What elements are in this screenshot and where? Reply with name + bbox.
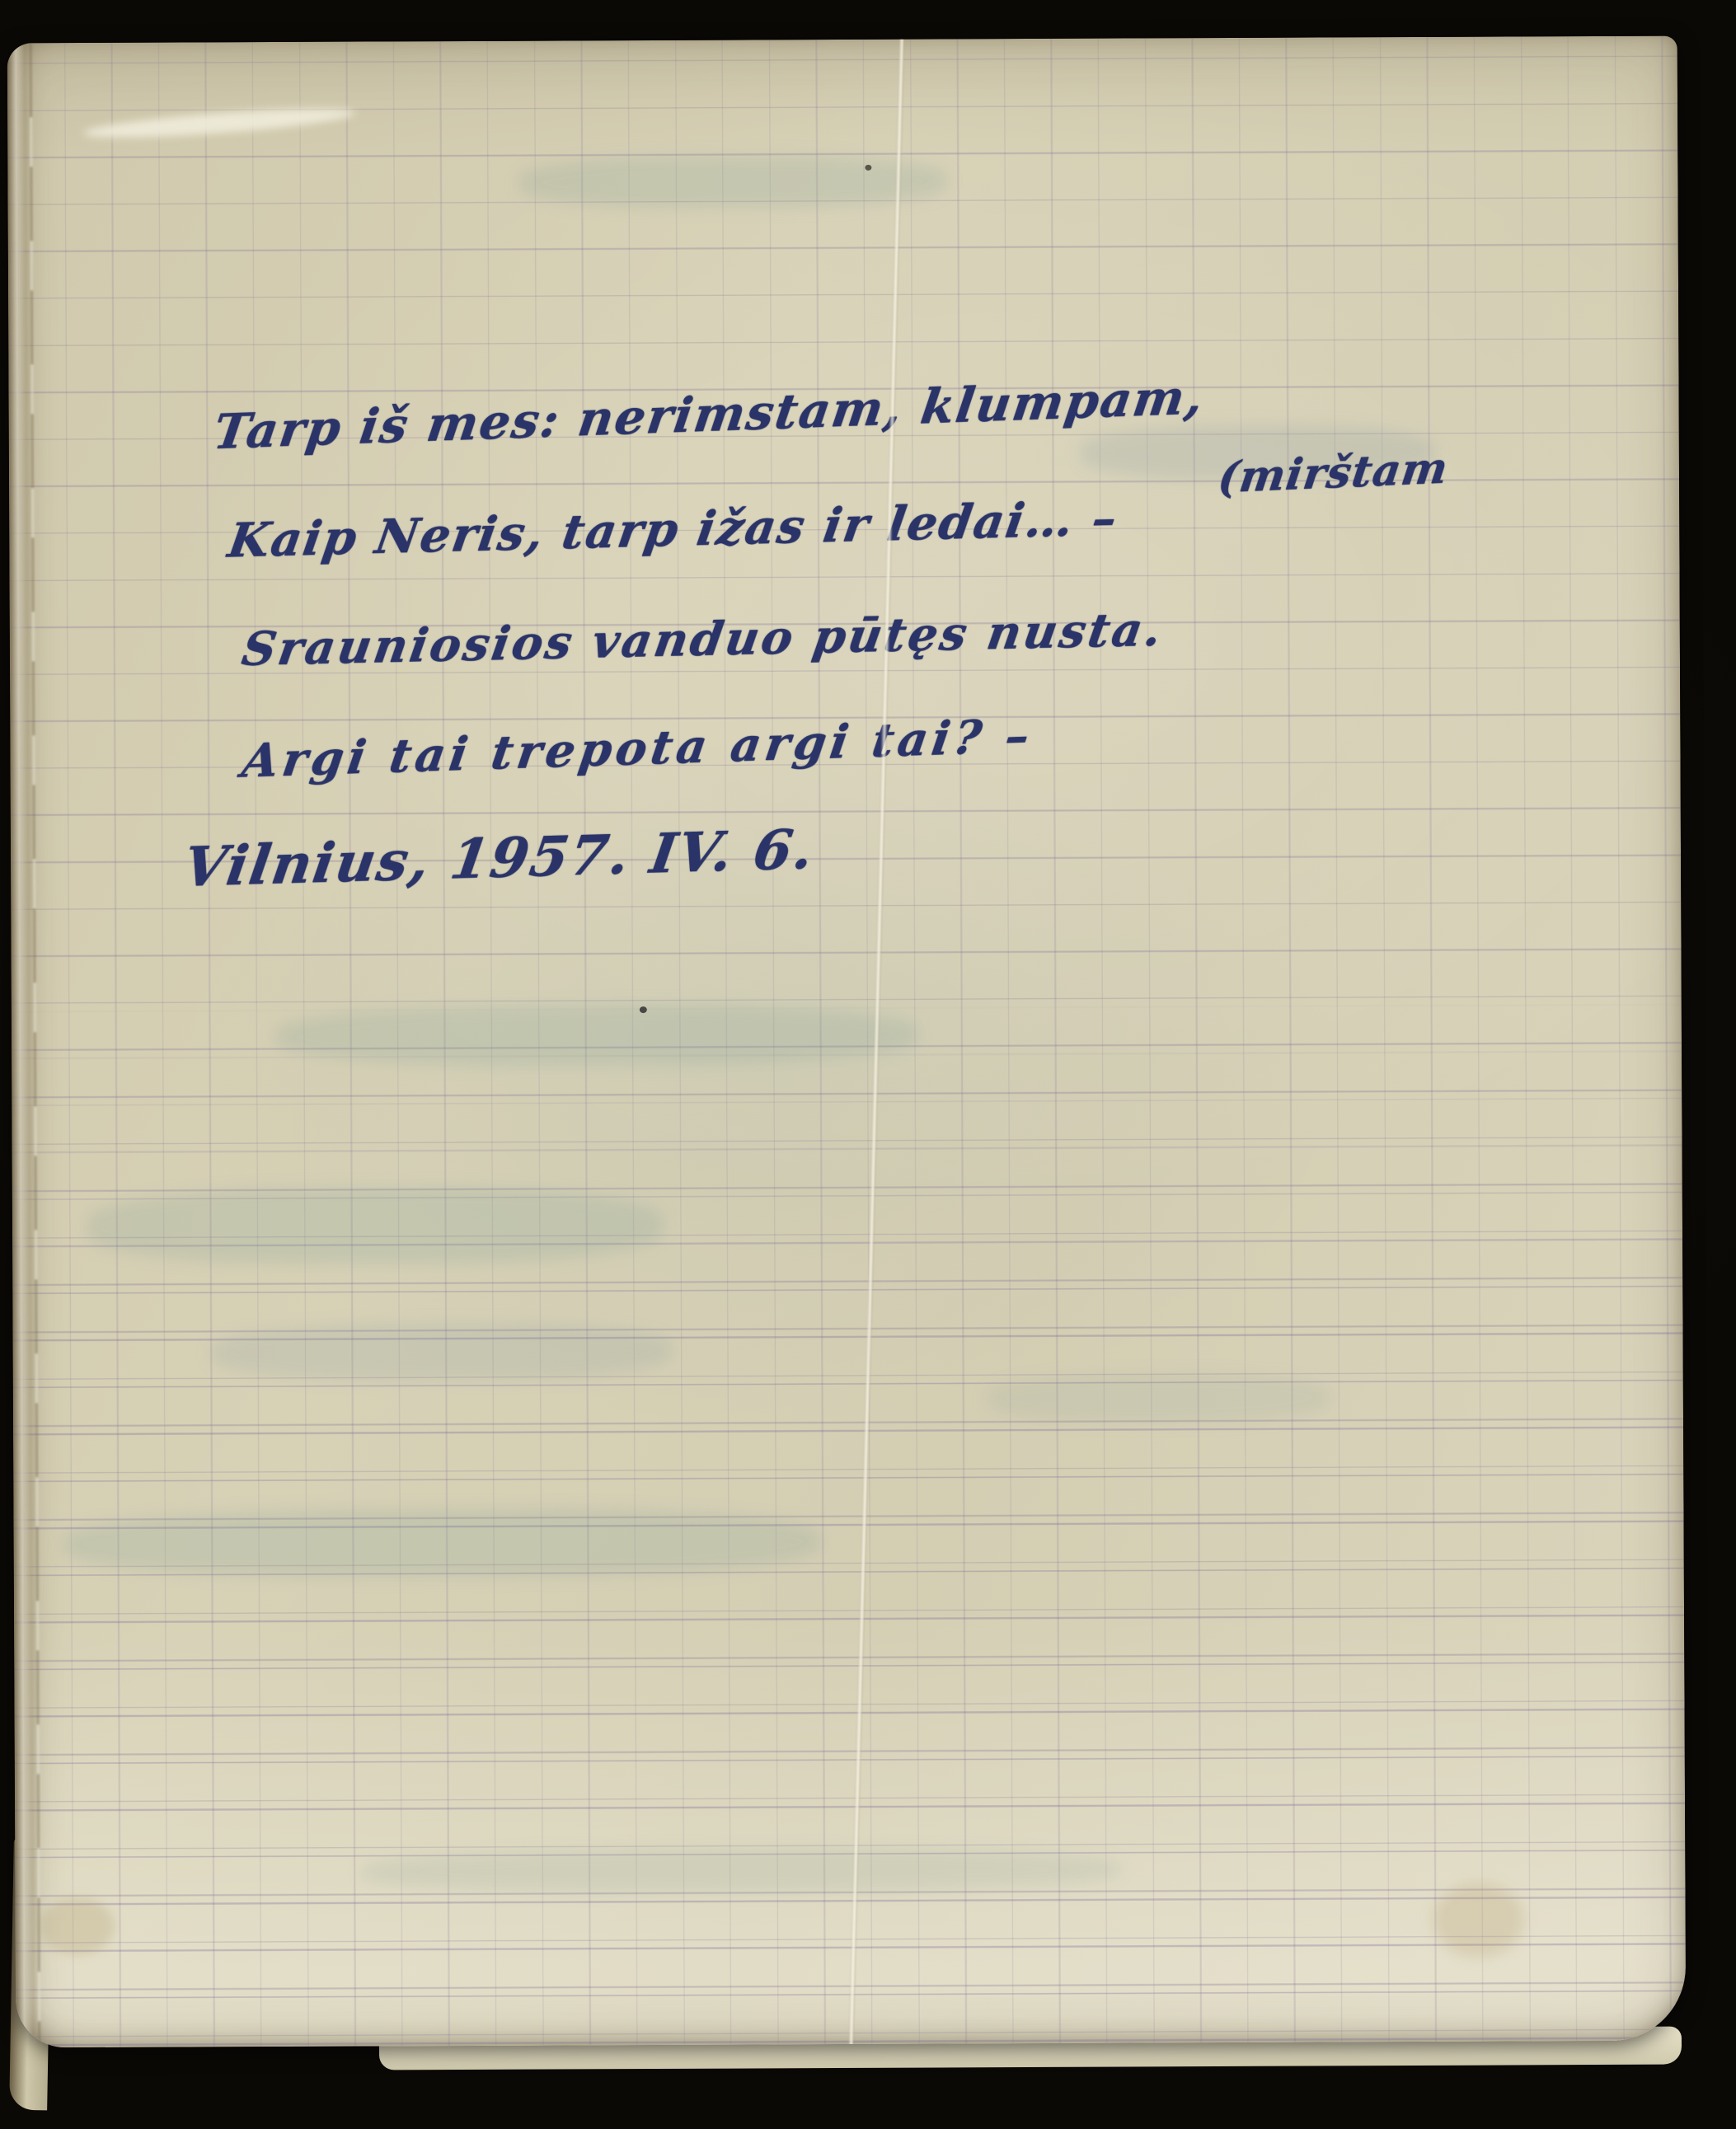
notebook-page: Tarp iš mes: nerimstam, klumpam, (miršta… (7, 36, 1687, 2048)
bleed-through-ghost (275, 1004, 918, 1067)
bleed-through-ghost (518, 154, 947, 209)
stain (1433, 1883, 1523, 1957)
bleed-through-ghost (63, 1507, 821, 1579)
ink-speck (865, 165, 871, 171)
handwritten-insertion: (mirštam (1215, 443, 1452, 504)
scan-background: Tarp iš mes: nerimstam, klumpam, (miršta… (0, 0, 1736, 2129)
bleed-through-ghost (87, 1186, 664, 1266)
stain (40, 1897, 115, 1955)
ink-speck (640, 1006, 647, 1013)
bleed-through-ghost (210, 1322, 672, 1381)
bleed-through-ghost (986, 1372, 1332, 1423)
bleed-through-ghost (361, 1848, 1119, 1894)
